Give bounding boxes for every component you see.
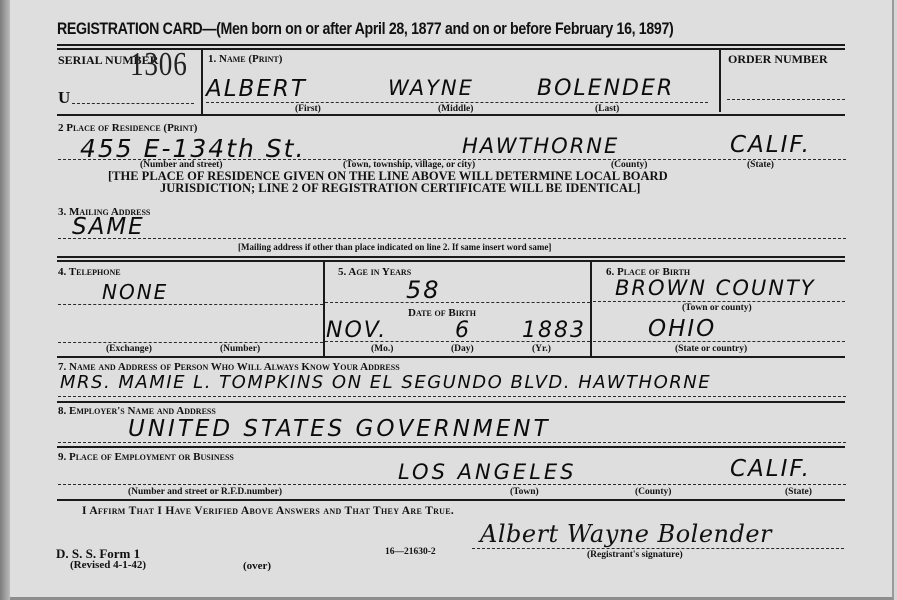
rule-after-name	[57, 114, 845, 116]
mailing-caption: [Mailing address if other than place ind…	[238, 242, 551, 252]
name-line	[206, 102, 708, 103]
telephone-line-2	[58, 342, 323, 343]
rule-after-employment	[57, 499, 845, 501]
telephone-line-1	[58, 304, 323, 305]
employment-line	[58, 484, 846, 485]
caption-employment-town: (Town)	[510, 487, 539, 497]
serial-prefix: U	[58, 88, 70, 108]
caption-middle: (Middle)	[438, 104, 473, 114]
employer-value: UNITED STATES GOVERNMENT	[128, 416, 551, 442]
birthplace-state: OHIO	[648, 316, 716, 342]
form-revised: (Revised 4-1-42)	[70, 559, 146, 571]
name-last: BOLENDER	[537, 76, 674, 101]
residence-label: 2 Place of Residence (Print)	[58, 122, 197, 134]
signature-caption: (Registrant's signature)	[587, 550, 683, 560]
caption-first: (First)	[295, 104, 321, 114]
birthplace-town: BROWN COUNTY	[615, 276, 816, 300]
employer-line	[58, 442, 846, 443]
mailing-line	[58, 238, 846, 239]
caption-number: (Number)	[220, 344, 260, 354]
caption-employment-county: (County)	[635, 487, 671, 497]
rule-after-mailing	[57, 256, 845, 262]
rule-after-birth	[57, 356, 845, 358]
affirmation-text: I Affirm That I Have Verified Above Answ…	[82, 505, 454, 517]
dob-day: 6	[455, 318, 471, 343]
age-value: 58	[406, 276, 441, 304]
caption-month: (Mo.)	[371, 344, 393, 354]
print-code: 16—21630-2	[385, 547, 436, 557]
caption-year: (Yr.)	[532, 344, 551, 354]
employment-state: CALIF.	[730, 456, 811, 482]
birthplace-town-line	[593, 301, 845, 302]
name-label: 1. Name (Print)	[208, 53, 282, 65]
contact-person-value: MRS. MAMIE L. TOMPKINS ON EL SEGUNDO BLV…	[60, 372, 711, 393]
residence-notice-line2: JURISDICTION; LINE 2 OF REGISTRATION CER…	[160, 182, 640, 195]
form-over: (over)	[243, 560, 271, 572]
age-line	[325, 302, 590, 303]
caption-exchange: (Exchange)	[106, 344, 152, 354]
serial-number-value: 1306	[130, 46, 188, 84]
card-title: REGISTRATION CARD—(Men born on or after …	[57, 20, 673, 39]
residence-state: CALIF.	[730, 132, 811, 158]
caption-employment-state: (State)	[785, 487, 812, 497]
registrant-signature: Albert Wayne Bolender	[480, 520, 772, 548]
age-birth-divider	[590, 262, 592, 356]
order-number-line	[727, 99, 845, 100]
caption-birth-town: (Town or county)	[682, 303, 752, 313]
caption-state: (State)	[747, 160, 774, 170]
dob-year: 1883	[522, 318, 586, 343]
card-left-edge	[0, 0, 10, 600]
caption-last: (Last)	[595, 104, 619, 114]
mailing-value: SAME	[72, 214, 145, 240]
order-number-label: ORDER NUMBER	[728, 52, 828, 67]
dob-line	[325, 341, 590, 342]
name-first: ALBERT	[206, 76, 307, 102]
signature-line	[472, 548, 844, 549]
serial-line	[72, 103, 194, 104]
dob-month: NOV.	[326, 318, 387, 343]
contact-person-line	[58, 396, 846, 397]
name-middle: WAYNE	[388, 76, 474, 100]
telephone-label: 4. Telephone	[58, 266, 121, 278]
order-divider	[719, 50, 721, 112]
caption-day: (Day)	[451, 344, 474, 354]
telephone-value: NONE	[102, 280, 168, 304]
rule-after-contact	[57, 401, 845, 403]
birthplace-state-line	[593, 341, 845, 342]
age-label: 5. Age in Years	[338, 266, 411, 278]
employment-place-label: 9. Place of Employment or Business	[58, 451, 234, 463]
caption-birth-state: (State or country)	[675, 344, 747, 354]
rule-after-employer	[57, 446, 845, 448]
residence-town: HAWTHORNE	[462, 134, 619, 158]
caption-employment-street: (Number and street or R.F.D.number)	[128, 487, 282, 497]
registration-card: REGISTRATION CARD—(Men born on or after …	[10, 0, 894, 600]
serial-divider	[201, 50, 203, 115]
employment-town: LOS ANGELES	[398, 460, 577, 484]
